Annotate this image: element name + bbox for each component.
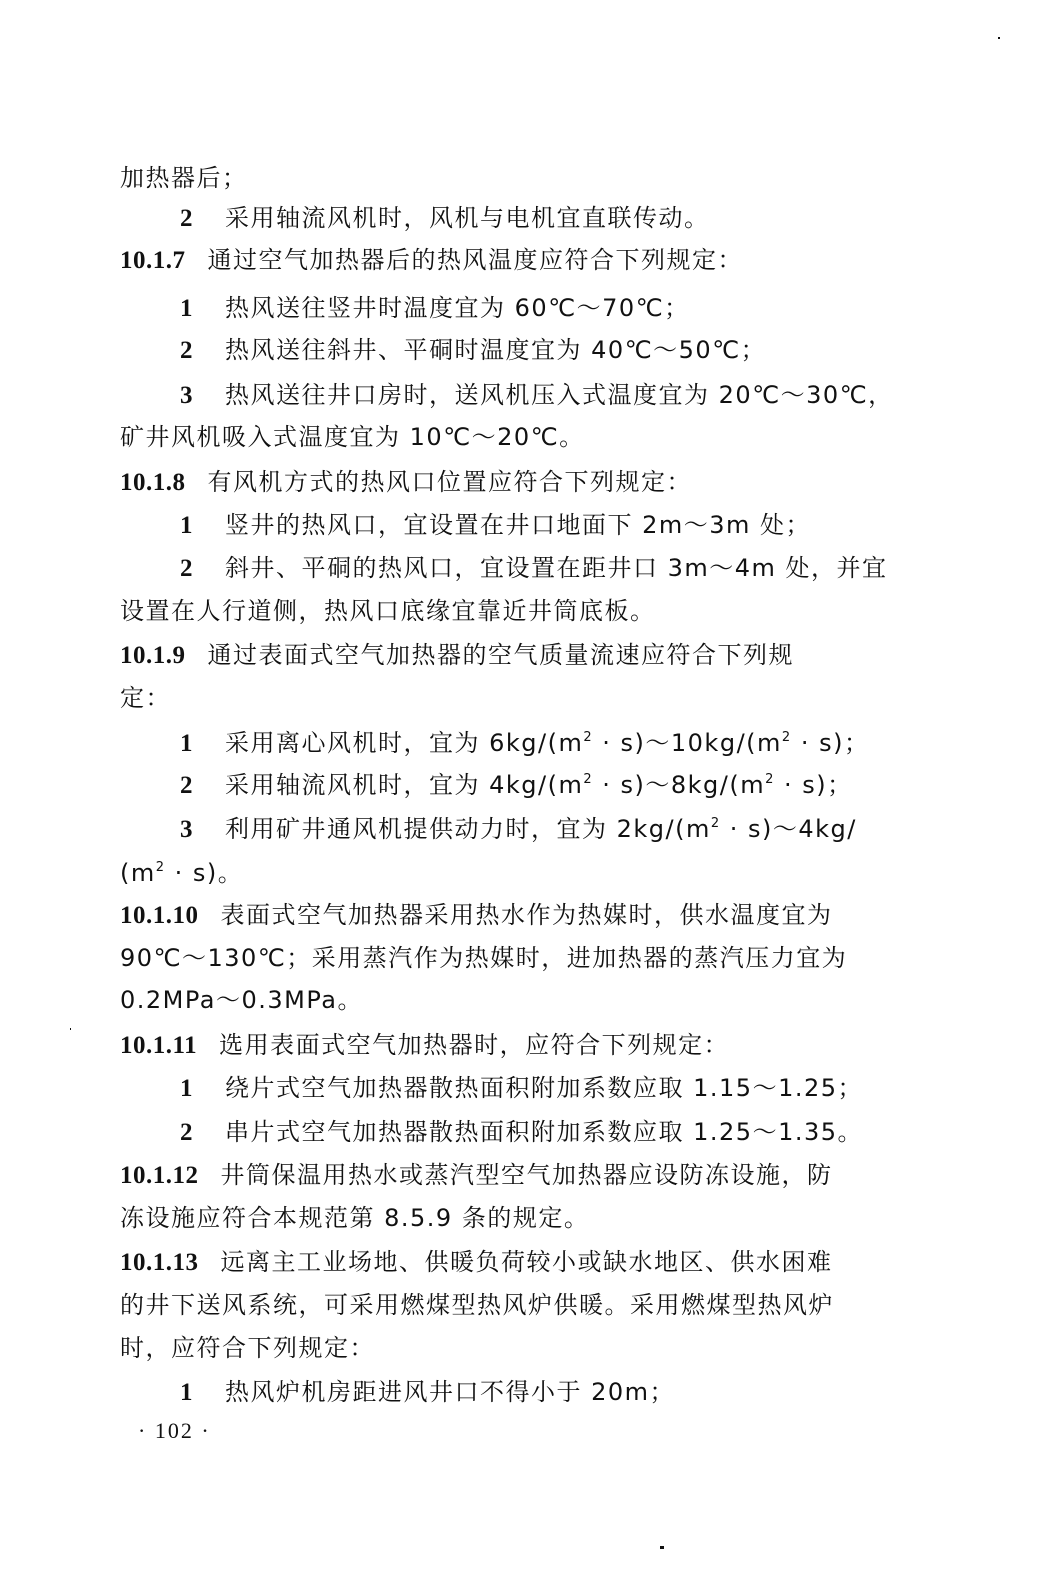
clause-heading: 10.1.11选用表面式空气加热器时，应符合下列规定： bbox=[120, 1030, 940, 1061]
page-number: · 102 · bbox=[138, 1418, 211, 1444]
clause-heading: 10.1.13远离主工业场地、供暖负荷较小或缺水地区、供水困难 bbox=[120, 1247, 940, 1278]
clause-heading: 10.1.12井筒保温用热水或蒸汽型空气加热器应设防冻设施，防 bbox=[120, 1160, 940, 1191]
item-number: 3 bbox=[180, 381, 225, 411]
list-item: 2采用轴流风机时，宜为 4kg/(m2 · s)～8kg/(m2 · s)； bbox=[180, 770, 940, 801]
clause-number: 10.1.9 bbox=[120, 641, 186, 671]
line-text: 设置在人行道侧，热风口底缘宜靠近井筒底板。 bbox=[120, 597, 656, 625]
text-part: · s)～4kg/ bbox=[721, 815, 857, 843]
continuation-line: 时，应符合下列规定： bbox=[120, 1333, 940, 1363]
item-number: 1 bbox=[180, 511, 225, 541]
superscript: 2 bbox=[711, 816, 721, 831]
text-part: (m bbox=[120, 859, 156, 887]
clause-number: 10.1.11 bbox=[120, 1031, 197, 1061]
continuation-line: (m2 · s)。 bbox=[120, 858, 940, 888]
line-text: 加热器后； bbox=[120, 164, 248, 192]
item-number: 2 bbox=[180, 771, 225, 801]
list-item: 1热风送往竖井时温度宜为 60℃～70℃； bbox=[180, 293, 940, 324]
item-number: 2 bbox=[180, 554, 225, 584]
list-item: 1绕片式空气加热器散热面积附加系数应取 1.15～1.25； bbox=[180, 1073, 940, 1104]
line-text: 0.2MPa～0.3MPa。 bbox=[120, 986, 363, 1014]
document-page: 加热器后； 2采用轴流风机时，风机与电机宜直联传动。 10.1.7通过空气加热器… bbox=[0, 0, 1056, 1579]
clause-text: 通过表面式空气加热器的空气质量流速应符合下列规 bbox=[208, 641, 795, 669]
list-item: 3利用矿井通风机提供动力时，宜为 2kg/(m2 · s)～4kg/ bbox=[180, 814, 940, 845]
item-text: 采用离心风机时，宜为 6kg/(m2 · s)～10kg/(m2 · s)； bbox=[225, 729, 869, 757]
item-number: 1 bbox=[180, 729, 225, 759]
clause-number: 10.1.12 bbox=[120, 1161, 199, 1191]
item-text: 利用矿井通风机提供动力时，宜为 2kg/(m2 · s)～4kg/ bbox=[225, 815, 857, 843]
superscript: 2 bbox=[765, 772, 775, 787]
clause-text: 表面式空气加热器采用热水作为热媒时，供水温度宜为 bbox=[221, 901, 833, 929]
line-text: 90℃～130℃；采用蒸汽作为热媒时，进加热器的蒸汽压力宜为 bbox=[120, 944, 847, 972]
item-text: 热风送往竖井时温度宜为 60℃～70℃； bbox=[225, 294, 690, 322]
item-text: 热风送往斜井、平硐时温度宜为 40℃～50℃； bbox=[225, 336, 766, 364]
clause-heading: 10.1.10表面式空气加热器采用热水作为热媒时，供水温度宜为 bbox=[120, 900, 940, 931]
text-part: 采用离心风机时，宜为 6kg/(m bbox=[225, 729, 583, 757]
scan-speck bbox=[998, 37, 1000, 39]
continuation-line: 加热器后； bbox=[120, 163, 940, 193]
line-text: (m2 · s)。 bbox=[120, 859, 243, 887]
clause-text: 远离主工业场地、供暖负荷较小或缺水地区、供水困难 bbox=[221, 1248, 833, 1276]
clause-heading: 10.1.7通过空气加热器后的热风温度应符合下列规定： bbox=[120, 245, 940, 276]
item-number: 3 bbox=[180, 815, 225, 845]
line-text: 时，应符合下列规定： bbox=[120, 1334, 375, 1362]
list-item: 2热风送往斜井、平硐时温度宜为 40℃～50℃； bbox=[180, 335, 940, 366]
item-text: 竖井的热风口，宜设置在井口地面下 2m～3m 处； bbox=[225, 511, 811, 539]
item-text: 采用轴流风机时，宜为 4kg/(m2 · s)～8kg/(m2 · s)； bbox=[225, 771, 853, 799]
clause-number: 10.1.10 bbox=[120, 901, 199, 931]
continuation-line: 冻设施应符合本规范第 8.5.9 条的规定。 bbox=[120, 1203, 940, 1233]
superscript: 2 bbox=[156, 860, 166, 875]
text-part: · s)。 bbox=[166, 859, 244, 887]
text-part: · s)； bbox=[775, 771, 853, 799]
continuation-line: 设置在人行道侧，热风口底缘宜靠近井筒底板。 bbox=[120, 596, 940, 626]
text-part: · s)～10kg/(m bbox=[593, 729, 782, 757]
scan-speck bbox=[70, 1028, 71, 1030]
superscript: 2 bbox=[782, 730, 792, 745]
clause-number: 10.1.7 bbox=[120, 246, 186, 276]
line-text: 冻设施应符合本规范第 8.5.9 条的规定。 bbox=[120, 1204, 589, 1232]
text-part: 利用矿井通风机提供动力时，宜为 2kg/(m bbox=[225, 815, 711, 843]
text-part: · s)； bbox=[792, 729, 870, 757]
item-text: 串片式空气加热器散热面积附加系数应取 1.25～1.35。 bbox=[225, 1118, 863, 1146]
clause-text: 通过空气加热器后的热风温度应符合下列规定： bbox=[208, 246, 744, 274]
line-text: 矿井风机吸入式温度宜为 10℃～20℃。 bbox=[120, 423, 585, 451]
line-text: 定： bbox=[120, 684, 171, 712]
clause-text: 有风机方式的热风口位置应符合下列规定： bbox=[208, 468, 693, 496]
list-item: 1热风炉机房距进风井口不得小于 20m； bbox=[180, 1377, 940, 1408]
list-item: 3热风送往井口房时，送风机压入式温度宜为 20℃～30℃， bbox=[180, 380, 940, 411]
clause-text: 选用表面式空气加热器时，应符合下列规定： bbox=[219, 1031, 729, 1059]
line-text: 的井下送风系统，可采用燃煤型热风炉供暖。采用燃煤型热风炉 bbox=[120, 1291, 834, 1319]
item-number: 2 bbox=[180, 204, 225, 234]
item-text: 采用轴流风机时，风机与电机宜直联传动。 bbox=[225, 204, 710, 232]
text-part: · s)～8kg/(m bbox=[593, 771, 765, 799]
clause-heading: 10.1.8有风机方式的热风口位置应符合下列规定： bbox=[120, 467, 940, 498]
text-part: 采用轴流风机时，宜为 4kg/(m bbox=[225, 771, 583, 799]
continuation-line: 矿井风机吸入式温度宜为 10℃～20℃。 bbox=[120, 422, 940, 452]
clause-number: 10.1.8 bbox=[120, 468, 186, 498]
continuation-line: 0.2MPa～0.3MPa。 bbox=[120, 985, 940, 1015]
superscript: 2 bbox=[583, 772, 593, 787]
list-item: 1竖井的热风口，宜设置在井口地面下 2m～3m 处； bbox=[180, 510, 940, 541]
clause-heading: 10.1.9通过表面式空气加热器的空气质量流速应符合下列规 bbox=[120, 640, 940, 671]
item-text: 热风送往井口房时，送风机压入式温度宜为 20℃～30℃， bbox=[225, 381, 894, 409]
superscript: 2 bbox=[583, 730, 593, 745]
continuation-line: 90℃～130℃；采用蒸汽作为热媒时，进加热器的蒸汽压力宜为 bbox=[120, 943, 940, 973]
item-number: 2 bbox=[180, 1118, 225, 1148]
clause-number: 10.1.13 bbox=[120, 1248, 199, 1278]
item-number: 1 bbox=[180, 1378, 225, 1408]
item-text: 热风炉机房距进风井口不得小于 20m； bbox=[225, 1378, 675, 1406]
item-text: 斜井、平硐的热风口，宜设置在距井口 3m～4m 处，并宜 bbox=[225, 554, 888, 582]
item-number: 2 bbox=[180, 336, 225, 366]
list-item: 1采用离心风机时，宜为 6kg/(m2 · s)～10kg/(m2 · s)； bbox=[180, 728, 940, 759]
item-text: 绕片式空气加热器散热面积附加系数应取 1.15～1.25； bbox=[225, 1074, 863, 1102]
list-item: 2采用轴流风机时，风机与电机宜直联传动。 bbox=[180, 203, 940, 234]
continuation-line: 定： bbox=[120, 683, 940, 713]
scan-speck bbox=[660, 1546, 664, 1549]
item-number: 1 bbox=[180, 294, 225, 324]
continuation-line: 的井下送风系统，可采用燃煤型热风炉供暖。采用燃煤型热风炉 bbox=[120, 1290, 940, 1320]
list-item: 2串片式空气加热器散热面积附加系数应取 1.25～1.35。 bbox=[180, 1117, 940, 1148]
item-number: 1 bbox=[180, 1074, 225, 1104]
list-item: 2斜井、平硐的热风口，宜设置在距井口 3m～4m 处，并宜 bbox=[180, 553, 940, 584]
clause-text: 井筒保温用热水或蒸汽型空气加热器应设防冻设施，防 bbox=[221, 1161, 833, 1189]
